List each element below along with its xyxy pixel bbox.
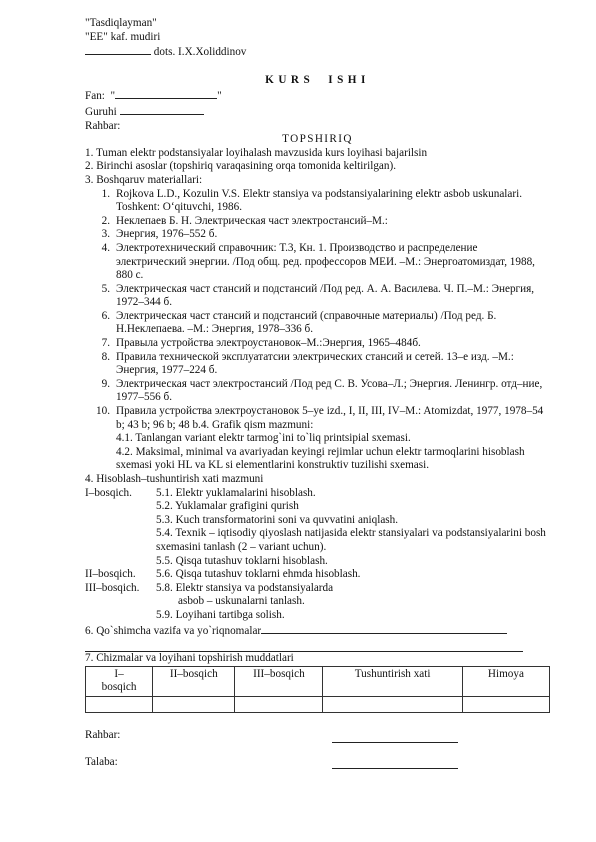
item-2: 2. Birinchi asoslar (topshiriq varaqasin… — [85, 160, 550, 174]
stage-label — [85, 500, 156, 514]
extra-tasks-input-line-2[interactable] — [85, 638, 523, 652]
stage-label: I–bosqich. — [85, 487, 156, 501]
reference-item: 9.Электрическая част электростансий /Под… — [85, 378, 550, 405]
reference-text: Правила устройства электроустановок 5–ye… — [116, 405, 543, 431]
table-header-cell: Himoya — [462, 666, 549, 696]
head-of-dept-name: dots. I.X.Xoliddinov — [154, 46, 247, 58]
stage-item: II–bosqich.5.6. Qisqa tutashuv toklarni … — [85, 568, 550, 582]
reference-item: 8.Правила технической эксплуататсии элек… — [85, 351, 550, 378]
reference-item: 6.Электрическая част стансий и подстанси… — [85, 310, 550, 337]
stage-item: 5.2. Yuklamalar grafigini qurish — [85, 500, 550, 514]
approval-line-3: dots. I.X.Xoliddinov — [85, 44, 550, 60]
talaba-signature-label: Talaba: — [85, 756, 332, 770]
reference-item: 4.Электротехнический справочник: Т.3, Кн… — [85, 242, 550, 283]
rahbar-signature-line[interactable] — [332, 732, 458, 743]
extra-tasks: 6. Qo`shimcha vazifa va yo`riqnomalar — [85, 623, 550, 639]
table-cell[interactable] — [462, 696, 549, 712]
approval-line-1: "Tasdiqlayman" — [85, 17, 550, 31]
table-row — [86, 696, 550, 712]
task-title: TOPSHIRIQ — [85, 133, 550, 147]
table-cell[interactable] — [86, 696, 153, 712]
reference-number: 3. — [90, 228, 110, 242]
document-title: KURSISHI — [85, 74, 550, 88]
deadline-title: 7. Chizmalar va loyihani topshirish mudd… — [85, 652, 550, 666]
reference-number: 7. — [90, 337, 110, 351]
reference-number: 1. — [90, 188, 110, 202]
stage-text: 5.6. Qisqa tutashuv toklarni ehmda hisob… — [156, 568, 550, 582]
reference-number: 6. — [90, 310, 110, 324]
reference-number: 5. — [90, 283, 110, 297]
stage-item: 5.5. Qisqa tutashuv toklarni hisoblash. — [85, 555, 550, 569]
table-cell[interactable] — [235, 696, 323, 712]
stage-text: 5.4. Texnik – iqtisodiy qiyoslash natija… — [156, 527, 550, 554]
reference-number: 8. — [90, 351, 110, 365]
fan-input[interactable] — [115, 88, 217, 99]
quote-close: " — [217, 90, 222, 102]
stage-label — [85, 527, 156, 554]
reference-text: Неклепаев Б. Н. Электрическая част элект… — [116, 215, 388, 227]
guruhi-label: Guruhi — [85, 106, 117, 118]
stage-label — [85, 555, 156, 569]
guruhi-input[interactable] — [120, 104, 204, 115]
reference-text: Электрическая част электростансий /Под р… — [116, 378, 542, 404]
reference-item: 7.Правыла устройства электроустановок–М.… — [85, 337, 550, 351]
reference-number: 9. — [90, 378, 110, 392]
table-header-cell: Tushuntirish xati — [323, 666, 463, 696]
stage-text: 5.1. Elektr yuklamalarini hisoblash. — [156, 487, 550, 501]
grafik-item-1: 4.1. Tanlangan variant elektr tarmog`ini… — [85, 432, 550, 446]
talaba-signature: Talaba: — [85, 756, 550, 770]
table-header-cell: II–bosqich — [153, 666, 235, 696]
stage-label: III–bosqich. — [85, 582, 156, 596]
item-3: 3. Boshqaruv materiallari: — [85, 174, 550, 188]
reference-item: 2.Неклепаев Б. Н. Электрическая част эле… — [85, 215, 550, 229]
stage-item: 5.3. Kuch transformatorini soni va quvva… — [85, 514, 550, 528]
stage-text: asbob – uskunalarni tanlash. — [156, 595, 550, 609]
table-header-cell: I– bosqich — [86, 666, 153, 696]
stage-label — [85, 609, 156, 623]
talaba-signature-line[interactable] — [332, 758, 458, 769]
reference-text: Правила технической эксплуататсии электр… — [116, 351, 514, 377]
stage-text: 5.2. Yuklamalar grafigini qurish — [156, 500, 550, 514]
stage-label: II–bosqich. — [85, 568, 156, 582]
reference-item: 3.Энергия, 1976–552 б. — [85, 228, 550, 242]
reference-list: 1.Rojkova L.D., Kozulin V.S. Elektr stan… — [85, 188, 550, 433]
rahbar-signature-label: Rahbar: — [85, 729, 332, 743]
table-header-row: I– bosqichII–bosqichIII–bosqichTushuntir… — [86, 666, 550, 696]
reference-text: Электротехнический справочник: Т.3, Кн. … — [116, 242, 535, 281]
stage-text: 5.9. Loyihani tartibga solish. — [156, 609, 550, 623]
stage-text: 5.3. Kuch transformatorini soni va quvva… — [156, 514, 550, 528]
extra-tasks-input[interactable] — [261, 623, 507, 634]
reference-text: Правыла устройства электроустановок–М.:Э… — [116, 337, 421, 349]
stage-label — [85, 595, 156, 609]
title-word-ishi: ISHI — [328, 74, 370, 86]
reference-number: 4. — [90, 242, 110, 256]
deadline-table: I– bosqichII–bosqichIII–bosqichTushuntir… — [85, 666, 550, 713]
rahbar-field: Rahbar: — [85, 120, 550, 134]
table-header-cell: III–bosqich — [235, 666, 323, 696]
reference-text: Энергия, 1976–552 б. — [116, 228, 217, 240]
guruhi-field: Guruhi — [85, 104, 550, 120]
reference-item: 1.Rojkova L.D., Kozulin V.S. Elektr stan… — [85, 188, 550, 215]
stage-item: III–bosqich.5.8. Elektr stansiya va pods… — [85, 582, 550, 596]
grafik-item-2: 4.2. Maksimal, minimal va avariyadan key… — [85, 446, 550, 473]
stage-list: I–bosqich.5.1. Elektr yuklamalarini hiso… — [85, 487, 550, 623]
stage-label — [85, 514, 156, 528]
reference-text: Электрическая част стансий и подстансий … — [116, 310, 496, 336]
reference-number: 2. — [90, 215, 110, 229]
approval-line-2: "EE" kaf. mudiri — [85, 31, 550, 45]
reference-number: 10. — [85, 405, 110, 419]
reference-item: 10.Правила устройства электроустановок 5… — [85, 405, 550, 432]
table-cell[interactable] — [323, 696, 463, 712]
stage-text: 5.8. Elektr stansiya va podstansiyalarda — [156, 582, 550, 596]
title-word-kurs: KURS — [265, 74, 314, 86]
reference-text: Электрическая част стансий и подстансий … — [116, 283, 534, 309]
stage-text: 5.5. Qisqa tutashuv toklarni hisoblash. — [156, 555, 550, 569]
reference-item: 5.Электрическая част стансий и подстанси… — [85, 283, 550, 310]
signature-blank[interactable] — [85, 44, 151, 55]
document-page: "Tasdiqlayman" "EE" kaf. mudiri dots. I.… — [85, 17, 550, 769]
stage-item: 5.4. Texnik – iqtisodiy qiyoslash natija… — [85, 527, 550, 554]
fan-label: Fan: — [85, 90, 105, 102]
rahbar-signature: Rahbar: — [85, 729, 550, 743]
reference-text: Rojkova L.D., Kozulin V.S. Elektr stansi… — [116, 188, 522, 214]
stage-item: asbob – uskunalarni tanlash. — [85, 595, 550, 609]
fan-field: Fan: "" — [85, 88, 550, 104]
stage-item: 5.9. Loyihani tartibga solish. — [85, 609, 550, 623]
table-cell[interactable] — [153, 696, 235, 712]
item-1: 1. Tuman elektr podstansiyalar loyihalas… — [85, 147, 550, 161]
stage-item: I–bosqich.5.1. Elektr yuklamalarini hiso… — [85, 487, 550, 501]
extra-tasks-label: 6. Qo`shimcha vazifa va yo`riqnomalar — [85, 625, 261, 637]
hisob-title: 4. Hisoblash–tushuntirish xati mazmuni — [85, 473, 550, 487]
